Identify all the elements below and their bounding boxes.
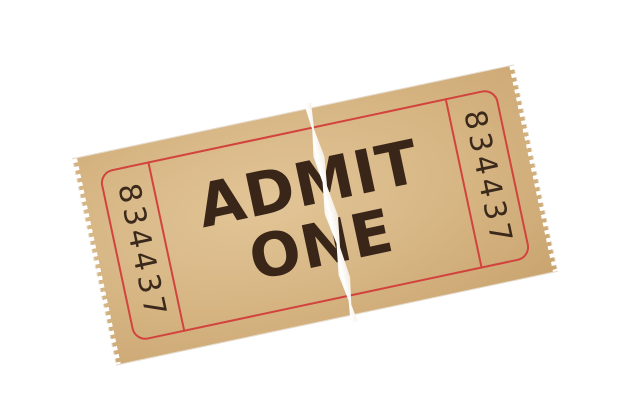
- ticket: 834437 834437 ADMIT ONE: [73, 66, 557, 365]
- photo: 834437 834437 ADMIT ONE: [0, 0, 626, 419]
